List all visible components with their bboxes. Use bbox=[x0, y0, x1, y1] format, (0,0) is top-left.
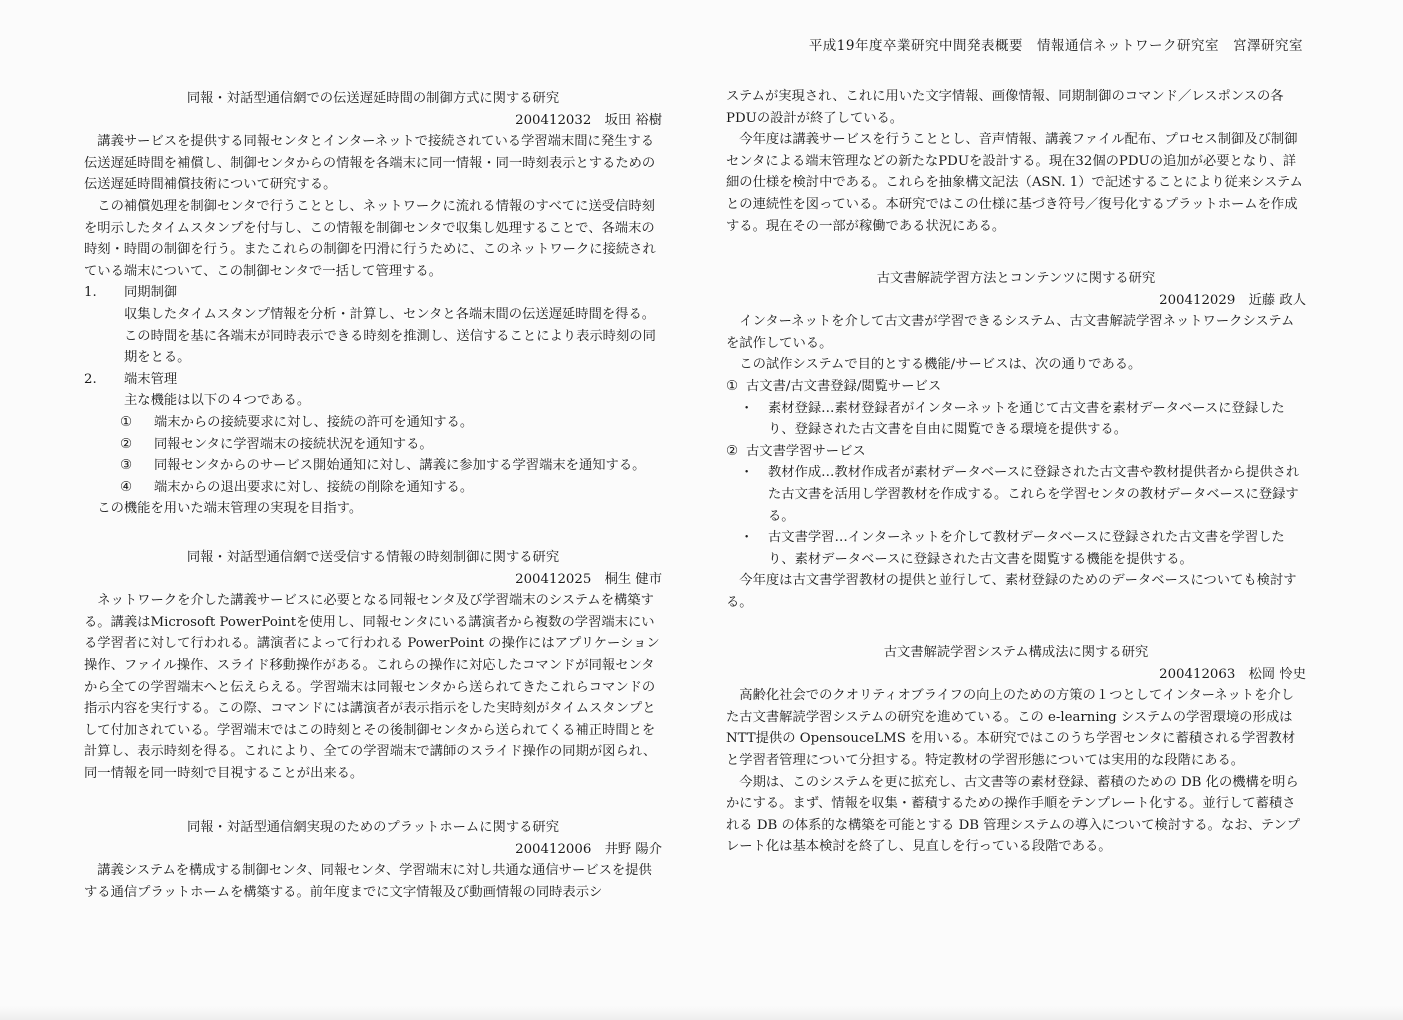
bullet-item: ・ 古文書学習…インターネットを介して教材データベースに登録された古文書を学習し… bbox=[726, 527, 1306, 570]
section-3-continued: ステムが実現され、これに用いた文字情報、画像情報、同期制御のコマンド／レスポンス… bbox=[726, 86, 1306, 237]
section-3: 同報・対話型通信網実現のためのプラットホームに関する研究 200412006 井… bbox=[84, 817, 662, 903]
section-title: 同報・対話型通信網で送受信する情報の時刻制御に関する研究 bbox=[84, 547, 662, 569]
bullet-text: 素材登録…素材登録者がインターネットを通じて古文書を素材データベースに登録したり… bbox=[768, 398, 1306, 441]
section-title: 同報・対話型通信網での伝送遅延時間の制御方式に関する研究 bbox=[84, 88, 662, 110]
section-2: 同報・対話型通信網で送受信する情報の時刻制御に関する研究 200412025 桐… bbox=[84, 547, 662, 785]
section-4: 古文書解読学習方法とコンテンツに関する研究 200412029 近藤 政人 イン… bbox=[726, 268, 1306, 614]
section-title: 古文書解読学習方法とコンテンツに関する研究 bbox=[726, 268, 1306, 290]
bullet-mark: ・ bbox=[740, 398, 768, 441]
paragraph: ネットワークを介した講義サービスに必要となる同報センタ及び学習端末のシステムを構… bbox=[84, 590, 662, 784]
paragraph: 今期は、このシステムを更に拡充し、古文書等の素材登録、蓄積のための DB 化の機… bbox=[726, 772, 1306, 858]
item-number: 1. bbox=[84, 282, 124, 304]
bullet-mark: ・ bbox=[740, 462, 768, 527]
circled-number: ① bbox=[120, 412, 154, 434]
section-author: 200412006 井野 陽介 bbox=[84, 839, 662, 861]
closing-paragraph: この機能を用いた端末管理の実現を目指す。 bbox=[84, 498, 662, 520]
paragraph: インターネットを介して古文書が学習できるシステム、古文書解読学習ネットワークシス… bbox=[726, 311, 1306, 354]
closing-paragraph: 今年度は古文書学習教材の提供と並行して、素材登録のためのデータベースについても検… bbox=[726, 570, 1306, 613]
section-author: 200412025 桐生 健市 bbox=[84, 569, 662, 591]
sub-item-text: 端末からの接続要求に対し、接続の許可を通知する。 bbox=[154, 412, 473, 434]
service-title: 古文書学習サービス bbox=[746, 441, 866, 463]
bullet-text: 古文書学習…インターネットを介して教材データベースに登録された古文書を学習したり… bbox=[768, 527, 1306, 570]
service-heading: ① 古文書/古文書登録/閲覧サービス bbox=[726, 376, 1306, 398]
sub-item-text: 同報センタからのサービス開始通知に対し、講義に参加する学習端末を通知する。 bbox=[154, 455, 645, 477]
item-heading: 端末管理 bbox=[124, 369, 177, 391]
numbered-item: 1. 同期制御 bbox=[84, 282, 662, 304]
bullet-text: 教材作成…教材作成者が素材データベースに登録された古文書や教材提供者から提供され… bbox=[768, 462, 1306, 527]
bullet-mark: ・ bbox=[740, 527, 768, 570]
paragraph: この補償処理を制御センタで行うこととし、ネットワークに流れる情報のすべてに送受信… bbox=[84, 196, 662, 282]
sub-item-text: 端末からの退出要求に対し、接続の削除を通知する。 bbox=[154, 477, 473, 499]
sub-item: ② 同報センタに学習端末の接続状況を通知する。 bbox=[84, 434, 662, 456]
circled-number: ① bbox=[726, 376, 746, 398]
item-number: 2. bbox=[84, 369, 124, 391]
item-text: 収集したタイムスタンプ情報を分析・計算し、センタと各端末間の伝送遅延時間を得る。… bbox=[84, 304, 662, 369]
sub-item: ③ 同報センタからのサービス開始通知に対し、講義に参加する学習端末を通知する。 bbox=[84, 455, 662, 477]
section-title: 同報・対話型通信網実現のためのプラットホームに関する研究 bbox=[84, 817, 662, 839]
section-5: 古文書解読学習システム構成法に関する研究 200412063 松岡 怜史 高齢化… bbox=[726, 642, 1306, 858]
paragraph: この試作システムで目的とする機能/サービスは、次の通りである。 bbox=[726, 354, 1306, 376]
circled-number: ④ bbox=[120, 477, 154, 499]
sub-item: ④ 端末からの退出要求に対し、接続の削除を通知する。 bbox=[84, 477, 662, 499]
bullet-item: ・ 素材登録…素材登録者がインターネットを通じて古文書を素材データベースに登録し… bbox=[726, 398, 1306, 441]
section-author: 200412029 近藤 政人 bbox=[726, 290, 1306, 312]
service-title: 古文書/古文書登録/閲覧サービス bbox=[746, 376, 941, 398]
page-header: 平成19年度卒業研究中間発表概要 情報通信ネットワーク研究室 宮澤研究室 bbox=[809, 34, 1303, 54]
circled-number: ② bbox=[726, 441, 746, 463]
paragraph: 今年度は講義サービスを行うこととし、音声情報、講義ファイル配布、プロセス制御及び… bbox=[726, 129, 1306, 237]
service-heading: ② 古文書学習サービス bbox=[726, 441, 1306, 463]
numbered-item: 2. 端末管理 bbox=[84, 369, 662, 391]
item-heading: 同期制御 bbox=[124, 282, 177, 304]
paragraph: 講義サービスを提供する同報センタとインターネットで接続されている学習端末間に発生… bbox=[84, 131, 662, 196]
paragraph: 講義システムを構成する制御センタ、同報センタ、学習端末に対し共通な通信サービスを… bbox=[84, 860, 662, 903]
paragraph: 高齢化社会でのクオリティオブライフの向上のための方策の１つとしてインターネットを… bbox=[726, 685, 1306, 771]
item-text: 主な機能は以下の４つである。 bbox=[84, 390, 662, 412]
scan-bottom-edge bbox=[0, 1006, 1403, 1020]
section-1: 同報・対話型通信網での伝送遅延時間の制御方式に関する研究 200412032 坂… bbox=[84, 88, 662, 520]
sub-item-text: 同報センタに学習端末の接続状況を通知する。 bbox=[154, 434, 433, 456]
section-author: 200412063 松岡 怜史 bbox=[726, 664, 1306, 686]
bullet-item: ・ 教材作成…教材作成者が素材データベースに登録された古文書や教材提供者から提供… bbox=[726, 462, 1306, 527]
circled-number: ② bbox=[120, 434, 154, 456]
circled-number: ③ bbox=[120, 455, 154, 477]
paragraph: ステムが実現され、これに用いた文字情報、画像情報、同期制御のコマンド／レスポンス… bbox=[726, 86, 1306, 129]
section-title: 古文書解読学習システム構成法に関する研究 bbox=[726, 642, 1306, 664]
sub-item: ① 端末からの接続要求に対し、接続の許可を通知する。 bbox=[84, 412, 662, 434]
section-author: 200412032 坂田 裕樹 bbox=[84, 110, 662, 132]
